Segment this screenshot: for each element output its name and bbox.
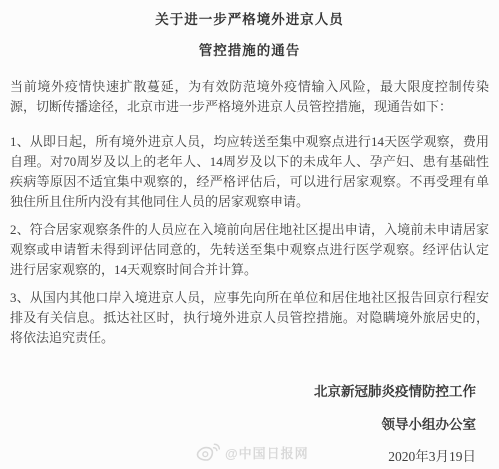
notice-item-2: 2、符合居家观察条件的人员应在入境前向居住地社区提出申请，入境前未申请居家观察或… (10, 220, 489, 281)
notice-document: 关于进一步严格境外进京人员 管控措施的通告 当前境外疫情快速扩散蔓延，为有效防范… (0, 0, 499, 469)
watermark: @中国日报网 (196, 443, 309, 462)
notice-title-line1: 关于进一步严格境外进京人员 (10, 10, 489, 30)
notice-title-line2: 管控措施的通告 (10, 41, 489, 61)
watermark-text: @中国日报网 (225, 443, 309, 462)
notice-intro-paragraph: 当前境外疫情快速扩散蔓延，为有效防范境外疫情输入风险，最大限度控制传染源，切断传… (10, 77, 489, 118)
notice-item-3: 3、从国内其他口岸入境进京人员，应事先向所在单位和居住地社区报告回京行程安排及有… (10, 288, 489, 349)
notice-item-1: 1、从即日起，所有境外进京人员，均应转送至集中观察点进行14天医学观察，费用自理… (10, 132, 489, 213)
weibo-icon (196, 443, 220, 462)
signature-org-line2: 领导小组办公室 (10, 415, 489, 435)
signature-org-line1: 北京新冠肺炎疫情防控工作 (10, 382, 489, 402)
